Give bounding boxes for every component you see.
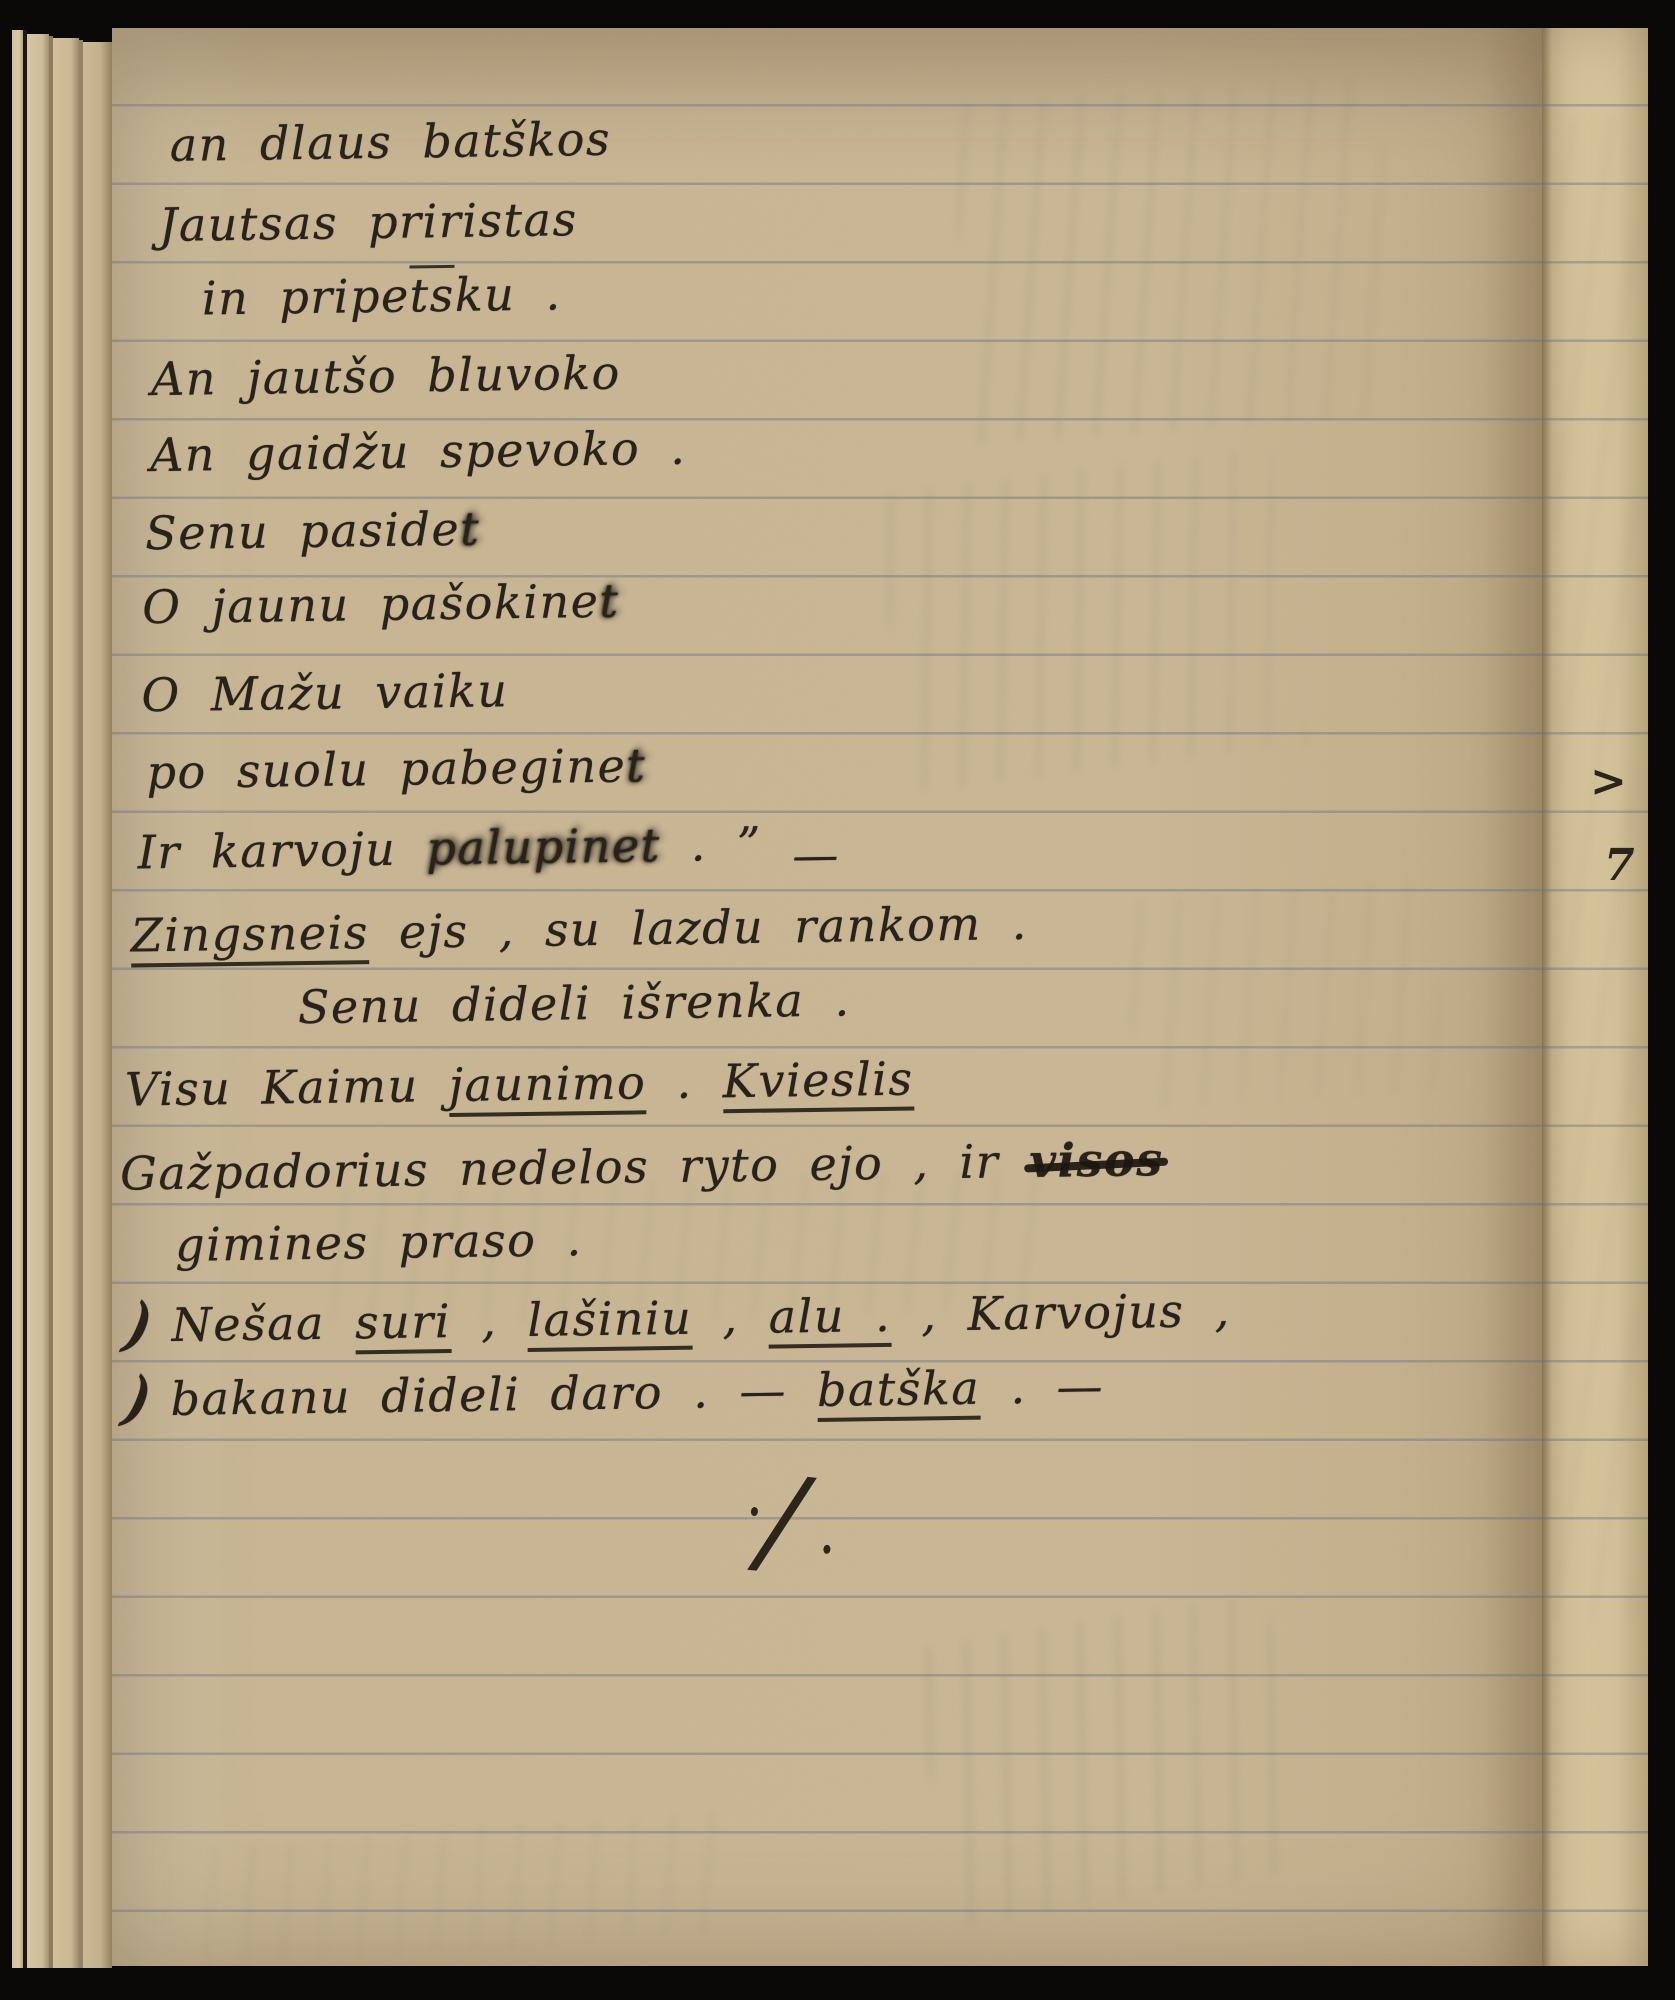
handwritten-line: gimines praso . xyxy=(175,1212,583,1272)
handwritten-word: alu . xyxy=(768,1288,891,1349)
handwritten-line: po suolu pabeginet xyxy=(146,738,646,799)
handwritten-line: Gažpadorius nedelos ryto ejo , ir visos xyxy=(120,1132,1164,1201)
handwritten-word: . ” xyxy=(660,816,792,872)
handwritten-line: Zingsneis ejs , su lazdu rankom . xyxy=(130,896,1028,963)
handwritten-word: batška xyxy=(817,1361,981,1422)
handwritten-word: , xyxy=(692,1290,769,1345)
handwritten-word: — xyxy=(792,828,840,883)
handwritten-word: , xyxy=(451,1293,528,1348)
handwritten-word: po suolu pabegine xyxy=(146,739,626,800)
handwritten-word: An gaidžu spevoko . xyxy=(150,421,687,482)
handwritten-word: lašiniu xyxy=(527,1291,693,1352)
handwritten-line: Senu pasidet xyxy=(145,502,481,561)
handwritten-word: Gažpadorius nedelos ryto ejo , ir xyxy=(120,1134,1030,1201)
handwritten-line: )Nešaa suri , lašiniu , alu . , Karvojus… xyxy=(128,1283,1231,1352)
handwritten-line: An jautšo bluvoko xyxy=(151,346,621,407)
handwritten-line: An gaidžu spevoko . xyxy=(150,421,687,482)
margin-pen-mark: 7 xyxy=(1604,840,1635,891)
margin-hook-mark: ) xyxy=(118,1361,160,1437)
handwritten-word: gimines praso . xyxy=(175,1212,583,1272)
handwritten-line: O Mažu vaiku xyxy=(141,663,509,722)
handwritten-line: Visu Kaimu jaunimo . Kvieslis xyxy=(125,1052,914,1117)
handwritten-word: visos xyxy=(1029,1132,1164,1188)
handwritten-line: )bakanu dideli daro . — batška . — xyxy=(127,1359,1105,1427)
handwritten-word: O jaunu pašokine xyxy=(142,574,600,634)
handwritten-word: t xyxy=(626,738,647,792)
scanned-notebook-page: an dlaus batškosJautsas priristasin prip… xyxy=(0,0,1675,2000)
margin-hook-mark: ) xyxy=(119,1287,161,1363)
handwritten-word: in pripe xyxy=(202,269,411,326)
handwritten-line: in pripetsku . xyxy=(202,266,562,325)
handwriting-layer: an dlaus batškosJautsas priristasin prip… xyxy=(0,0,1675,2000)
handwritten-word: . xyxy=(646,1054,723,1109)
handwritten-line: Jautsas priristas xyxy=(159,192,578,252)
handwritten-word: ejs , su lazdu rankom . xyxy=(368,896,1028,959)
handwritten-word: Senu paside xyxy=(145,502,461,560)
handwritten-line: an dlaus batškos xyxy=(169,112,611,172)
handwritten-word: t xyxy=(599,574,620,628)
handwritten-word: Ir karvoju xyxy=(137,821,426,879)
handwritten-line: O jaunu pašokinet xyxy=(142,574,620,635)
handwritten-word: jaunimo xyxy=(448,1055,646,1117)
handwritten-word: Zingsneis xyxy=(130,905,369,967)
handwritten-word: . — xyxy=(980,1359,1105,1415)
handwritten-word: Senu dideli išrenka . xyxy=(297,972,850,1034)
handwritten-word: An jautšo bluvoko xyxy=(151,346,621,407)
handwritten-word: Jautsas priristas xyxy=(159,192,578,252)
handwritten-word: ts xyxy=(409,265,455,323)
margin-pen-mark: > xyxy=(1590,756,1627,807)
handwritten-word: bakanu dideli daro . — xyxy=(170,1363,817,1426)
handwritten-word: suri xyxy=(355,1294,452,1354)
handwritten-word: Nešaa xyxy=(171,1295,355,1352)
handwritten-word: t xyxy=(460,502,481,556)
handwritten-word: O Mažu vaiku xyxy=(141,663,509,722)
handwritten-line: Ir karvoju palupinet . ” — xyxy=(137,816,840,880)
handwritten-word: Visu Kaimu xyxy=(125,1058,450,1117)
handwritten-word: ku . xyxy=(454,266,561,321)
handwritten-line: Senu dideli išrenka . xyxy=(297,972,850,1034)
handwritten-word: palupinet xyxy=(426,818,661,875)
handwritten-word: , Karvojus , xyxy=(891,1283,1231,1342)
handwritten-word: Kvieslis xyxy=(722,1052,914,1114)
handwritten-word: an dlaus batškos xyxy=(169,112,611,172)
